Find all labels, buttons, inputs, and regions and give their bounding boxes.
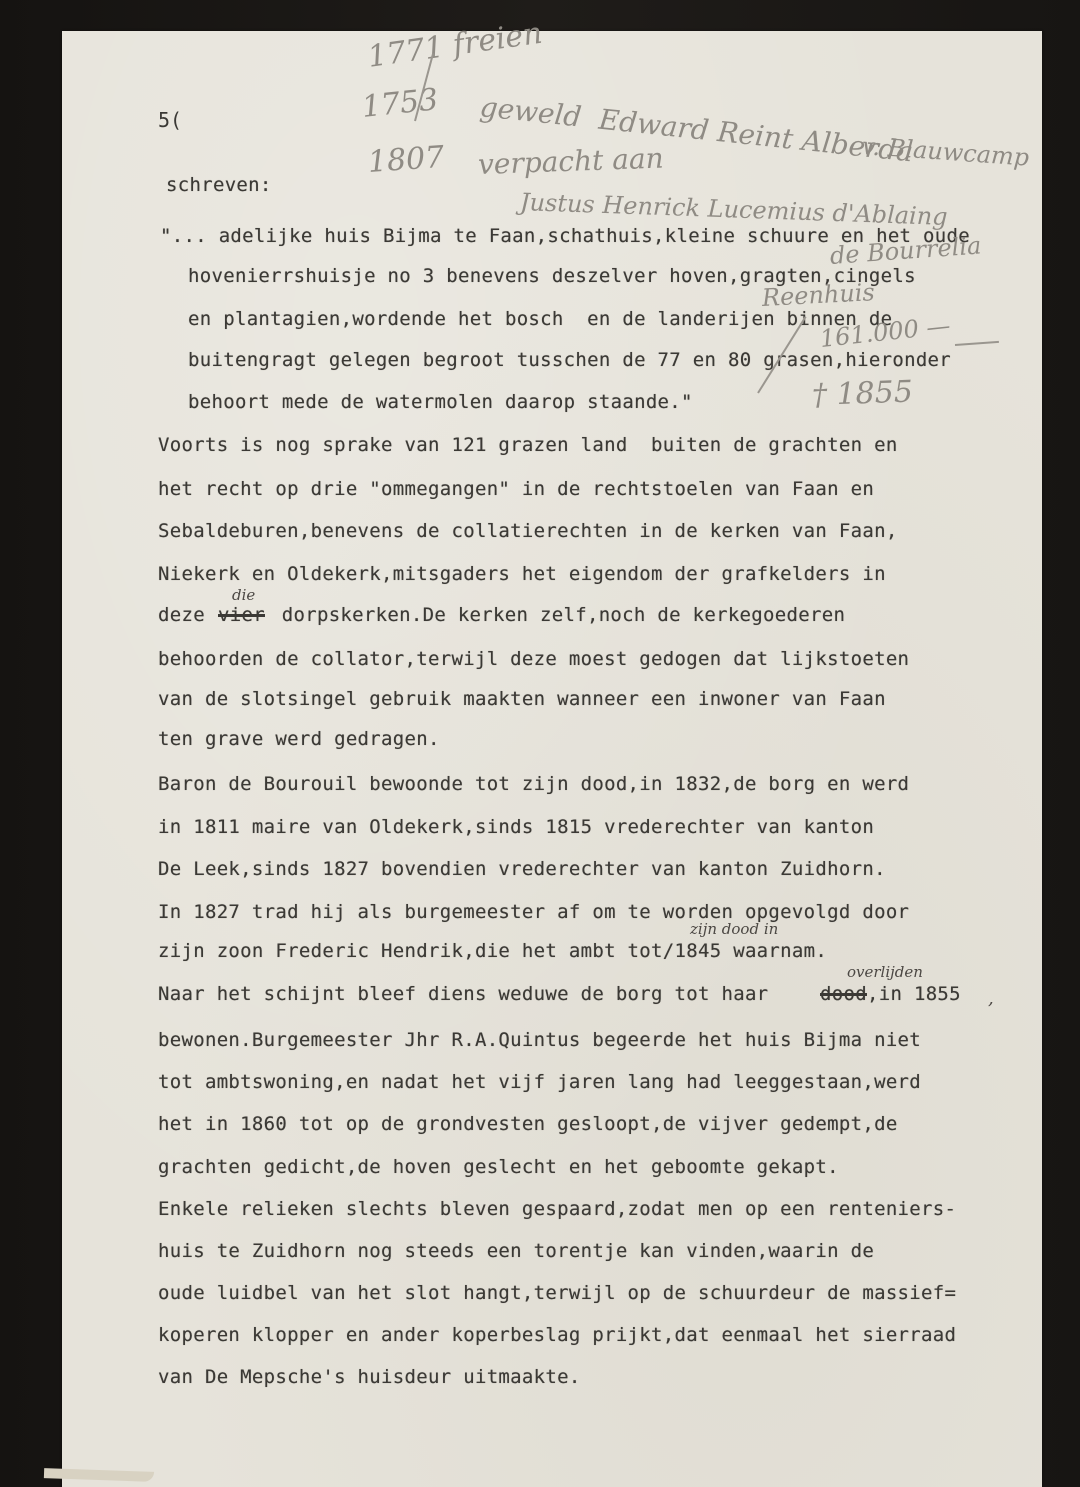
typed-line: Sebaldeburen,benevens de collatierechten… — [158, 520, 898, 542]
typed-line: en plantagien,wordende het bosch en de l… — [188, 308, 892, 330]
pencil-annotation: † 1855 — [811, 374, 913, 412]
typed-line: behoort mede de watermolen daarop staand… — [188, 391, 693, 413]
typed-line: oude luidbel van het slot hangt,terwijl … — [158, 1282, 956, 1304]
ink-correction: overlijden — [847, 963, 923, 981]
typed-line: van de slotsingel gebruik maakten wannee… — [158, 688, 886, 710]
typed-line: Voorts is nog sprake van 121 grazen land… — [158, 434, 898, 456]
typed-line: het in 1860 tot op de grondvesten gesloo… — [158, 1113, 898, 1135]
pencil-annotation: Reenhuis — [761, 278, 875, 312]
pencil-annotation: 1807 — [367, 140, 446, 180]
typed-line: van De Mepsche's huisdeur uitmaakte. — [158, 1366, 581, 1388]
typed-line: dorpskerken.De kerken zelf,noch de kerke… — [270, 604, 845, 626]
typed-line: tot ambtswoning,en nadat het vijf jaren … — [158, 1071, 921, 1093]
typed-line: Baron de Bourouil bewoonde tot zijn dood… — [158, 773, 909, 795]
typed-line: Enkele relieken slechts bleven gespaard,… — [158, 1198, 956, 1220]
typed-line: in 1811 maire van Oldekerk,sinds 1815 vr… — [158, 816, 874, 838]
typed-line: Niekerk en Oldekerk,mitsgaders het eigen… — [158, 563, 886, 585]
page-marker: 5( — [158, 108, 182, 132]
pencil-annotation: verpacht aan — [477, 142, 664, 181]
typed-line: schreven: — [166, 174, 272, 196]
typed-line: grachten gedicht,de hoven geslecht en he… — [158, 1156, 839, 1178]
ink-correction: die — [232, 586, 255, 604]
typed-line: bewonen.Burgemeester Jhr R.A.Quintus beg… — [158, 1029, 921, 1051]
typed-line: De Leek,sinds 1827 bovendien vrederechte… — [158, 858, 886, 880]
typed-line: ten grave werd gedragen. — [158, 728, 440, 750]
ink-correction: , — [988, 988, 994, 1009]
struck-word: vier — [218, 604, 265, 626]
typed-line: Naar het schijnt bleef diens weduwe de b… — [158, 983, 780, 1005]
typed-line: deze — [158, 604, 217, 626]
ink-correction: zijn dood in — [690, 920, 778, 938]
typed-line: behoorden de collator,terwijl deze moest… — [158, 648, 909, 670]
typed-line: ,in 1855 — [867, 983, 961, 1005]
typed-line: huis te Zuidhorn nog steeds een torentje… — [158, 1240, 874, 1262]
typed-line: zijn zoon Frederic Hendrik,die het ambt … — [158, 940, 827, 962]
typed-line: het recht op drie "ommegangen" in de rec… — [158, 478, 874, 500]
typed-line: In 1827 trad hij als burgemeester af om … — [158, 901, 909, 923]
struck-word: dood — [820, 983, 867, 1005]
typed-line: koperen klopper en ander koperbeslag pri… — [158, 1324, 956, 1346]
typed-line: buitengragt gelegen begroot tusschen de … — [188, 349, 951, 371]
